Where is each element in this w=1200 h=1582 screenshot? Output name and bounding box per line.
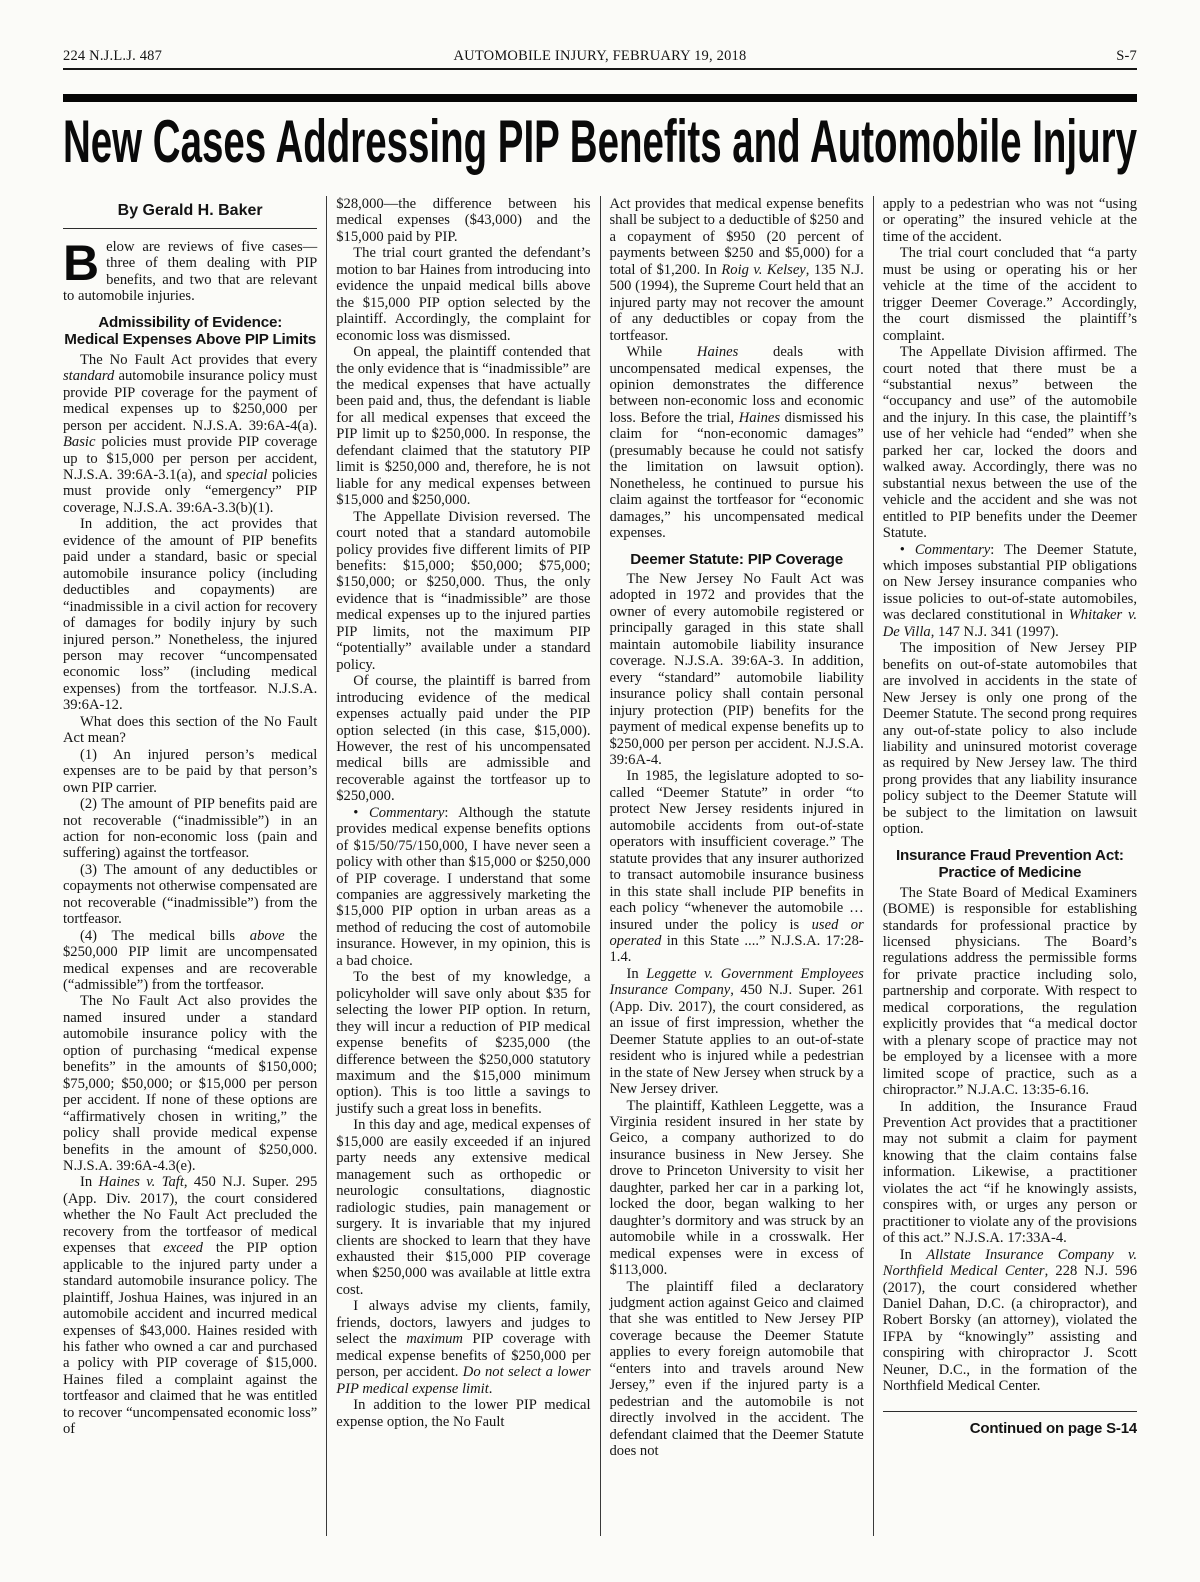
continued-notice: Continued on page S-14 <box>883 1411 1137 1437</box>
paragraph: $28,000—the difference between his medic… <box>336 196 590 245</box>
paragraph: apply to a pedestrian who was not “using… <box>883 196 1137 245</box>
paragraph: The imposition of New Jersey PIP benefit… <box>883 640 1137 837</box>
paragraph: The No Fault Act provides that every sta… <box>63 352 317 517</box>
paragraph: To the best of my knowledge, a policyhol… <box>336 969 590 1117</box>
column-2: $28,000—the difference between his medic… <box>326 196 599 1536</box>
paragraph: On appeal, the plaintiff contended that … <box>336 344 590 509</box>
paragraph: Of course, the plaintiff is barred from … <box>336 673 590 805</box>
paragraph: In Leggette v. Government Employees Insu… <box>610 966 864 1098</box>
paragraph: Act provides that medical expense benefi… <box>610 196 864 344</box>
paragraph: In addition to the lower PIP medical exp… <box>336 1397 590 1430</box>
paragraph: In 1985, the legislature adopted to so-c… <box>610 768 864 965</box>
drop-cap: B <box>63 239 106 283</box>
paragraph: (4) The medical bills above the $250,000… <box>63 928 317 994</box>
paragraph: • Commentary: Although the statute provi… <box>336 805 590 970</box>
column-3: Act provides that medical expense benefi… <box>600 196 873 1536</box>
paragraph: In addition, the Insurance Fraud Prevent… <box>883 1099 1137 1247</box>
paragraph: (2) The amount of PIP benefits paid are … <box>63 796 317 862</box>
paragraph: The plaintiff, Kathleen Leggette, was a … <box>610 1098 864 1279</box>
paragraph: What does this section of the No Fault A… <box>63 714 317 747</box>
byline: By Gerald H. Baker <box>63 196 317 229</box>
section-heading: Admissibility of Evidence:Medical Expens… <box>63 314 317 349</box>
paragraph: The plaintiff filed a declaratory judgme… <box>610 1279 864 1460</box>
paragraph: Below are reviews of five cases—three of… <box>63 239 317 305</box>
masthead: 224 N.J.L.J. 487 AUTOMOBILE INJURY, FEBR… <box>63 48 1137 65</box>
paragraph: The New Jersey No Fault Act was adopted … <box>610 571 864 768</box>
paragraph: The trial court granted the defendant’s … <box>336 245 590 344</box>
headline-top-bar <box>63 94 1137 102</box>
section-heading: Deemer Statute: PIP Coverage <box>610 551 864 569</box>
masthead-page-number: S-7 <box>869 48 1138 65</box>
paragraph: In addition, the act provides that evide… <box>63 516 317 713</box>
paragraph: In Haines v. Taft, 450 N.J. Super. 295 (… <box>63 1174 317 1437</box>
masthead-rule <box>63 68 1137 70</box>
newspaper-page: 224 N.J.L.J. 487 AUTOMOBILE INJURY, FEBR… <box>0 0 1200 1582</box>
paragraph: The trial court concluded that “a party … <box>883 245 1137 344</box>
paragraph: The State Board of Medical Examiners (BO… <box>883 885 1137 1099</box>
paragraph: The Appellate Division reversed. The cou… <box>336 509 590 674</box>
paragraph: In this day and age, medical expenses of… <box>336 1117 590 1298</box>
masthead-section-title: AUTOMOBILE INJURY, FEBRUARY 19, 2018 <box>332 48 869 65</box>
paragraph: I always advise my clients, family, frie… <box>336 1298 590 1397</box>
paragraph: (3) The amount of any deductibles or cop… <box>63 862 317 928</box>
article-body: By Gerald H. BakerBelow are reviews of f… <box>63 196 1137 1536</box>
column-1: By Gerald H. BakerBelow are reviews of f… <box>63 196 326 1536</box>
paragraph: The Appellate Division affirmed. The cou… <box>883 344 1137 541</box>
masthead-citation: 224 N.J.L.J. 487 <box>63 48 332 65</box>
article-headline-text: New Cases Addressing PIP Benefits and Au… <box>63 109 1137 175</box>
paragraph: The No Fault Act also provides the named… <box>63 993 317 1174</box>
paragraph: (1) An injured person’s medical expenses… <box>63 747 317 796</box>
paragraph: In Allstate Insurance Company v. Northfi… <box>883 1247 1137 1395</box>
paragraph: • Commentary: The Deemer Statute, which … <box>883 542 1137 641</box>
section-heading: Insurance Fraud Prevention Act:Practice … <box>883 847 1137 882</box>
paragraph: While Haines deals with uncompensated me… <box>610 344 864 541</box>
column-4: apply to a pedestrian who was not “using… <box>873 196 1137 1536</box>
article-headline: New Cases Addressing PIP Benefits and Au… <box>63 109 1137 175</box>
